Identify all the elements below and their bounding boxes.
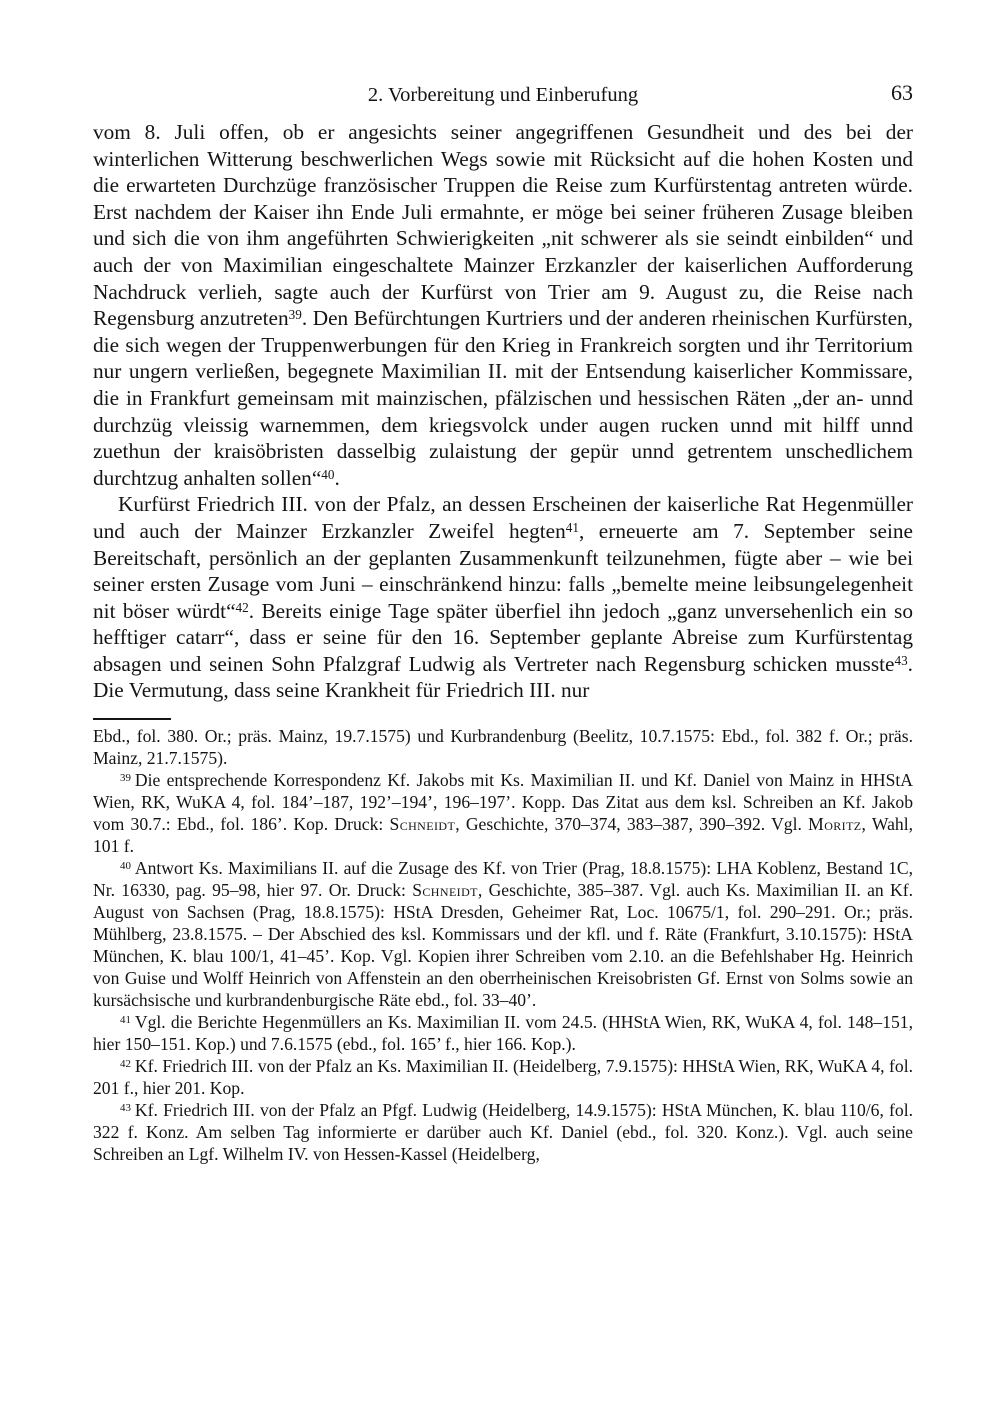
footnote-ref: 41 <box>566 520 579 535</box>
footnote-continuation: Ebd., fol. 380. Or.; präs. Mainz, 19.7.1… <box>93 725 913 769</box>
small-caps-name: Schneidt <box>390 814 456 834</box>
footnotes: Ebd., fol. 380. Or.; präs. Mainz, 19.7.1… <box>93 725 913 1165</box>
footnote-ref: 39 <box>289 307 302 322</box>
footnote-ref: 40 <box>321 467 334 482</box>
footnote-number: 43 <box>120 1102 131 1114</box>
paragraph: vom 8. Juli offen, ob er angesichts sein… <box>93 119 913 491</box>
footnote-ref: 43 <box>894 653 907 668</box>
footnote-number: 41 <box>120 1014 131 1026</box>
page-number: 63 <box>891 80 913 106</box>
footnote-item: 39Die entsprechende Korrespondenz Kf. Ja… <box>93 769 913 857</box>
footnote-item: 42Kf. Friedrich III. von der Pfalz an Ks… <box>93 1055 913 1099</box>
body-text: vom 8. Juli offen, ob er angesichts sein… <box>93 119 913 704</box>
footnote-separator <box>93 718 171 720</box>
footnote-item: 40Antwort Ks. Maximilians II. auf die Zu… <box>93 857 913 1011</box>
chapter-title: 2. Vorbereitung und Einberufung <box>93 82 913 108</box>
footnote-item: 41Vgl. die Berichte Hegenmüllers an Ks. … <box>93 1011 913 1055</box>
footnote-item: 43Kf. Friedrich III. von der Pfalz an Pf… <box>93 1099 913 1165</box>
small-caps-name: Schneidt <box>412 880 478 900</box>
paragraph: Kurfürst Friedrich III. von der Pfalz, a… <box>93 491 913 704</box>
running-header: 2. Vorbereitung und Einberufung 63 <box>93 82 913 108</box>
footnote-number: 42 <box>120 1058 131 1070</box>
footnote-number: 40 <box>120 860 131 872</box>
book-page: 2. Vorbereitung und Einberufung 63 vom 8… <box>93 82 913 1165</box>
small-caps-name: Moritz <box>808 814 861 834</box>
footnote-ref: 42 <box>236 600 249 615</box>
footnote-number: 39 <box>120 772 131 784</box>
